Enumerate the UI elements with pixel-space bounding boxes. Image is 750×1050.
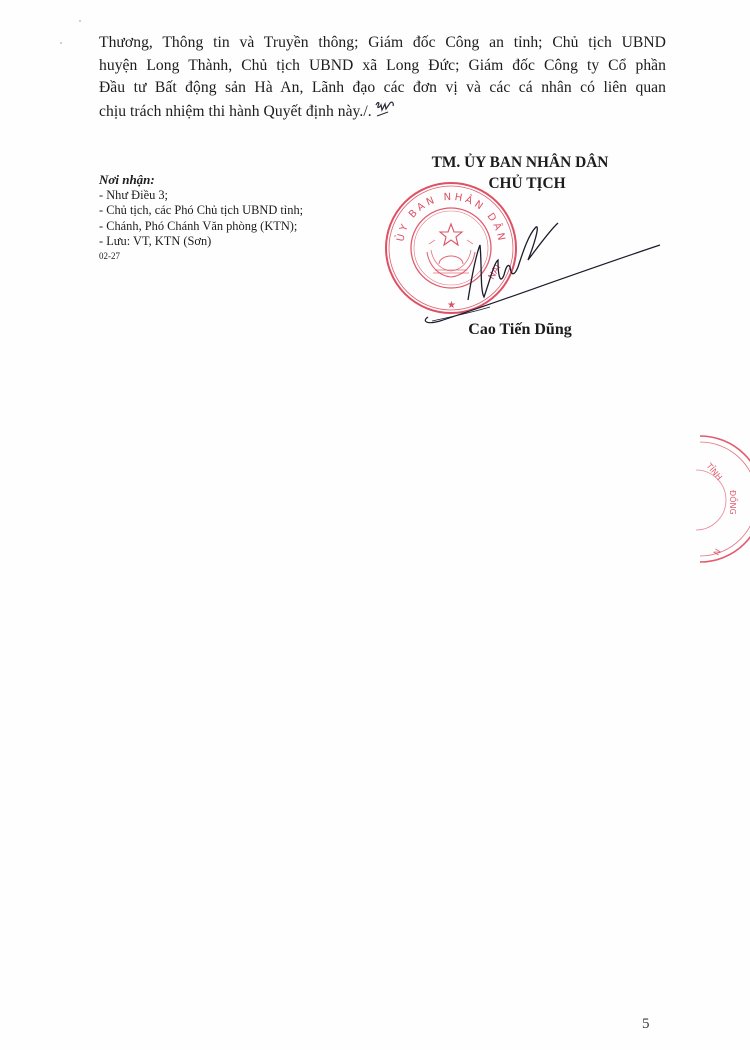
scan-speck: [79, 20, 81, 22]
page-number: 5: [642, 1016, 650, 1033]
recipient-item: - Như Điều 3;: [99, 188, 379, 204]
recipient-item: - Lưu: VT, KTN (Sơn): [99, 234, 379, 250]
recipients-heading: Nơi nhận:: [99, 172, 379, 188]
svg-text:TỈNH: TỈNH: [704, 459, 725, 482]
recipients-block: Nơi nhận: - Như Điều 3; - Chủ tịch, các …: [99, 172, 379, 262]
paragraph-line: huyện Long Thành, Chủ tịch UBND xã Long …: [99, 55, 666, 78]
signature-title-org: TM. ỦY BAN NHÂN DÂN: [395, 152, 645, 173]
paragraph-line: Thương, Thông tin và Truyền thông; Giám …: [99, 32, 666, 55]
paragraph-line: Đầu tư Bất động sản Hà An, Lãnh đạo các …: [99, 77, 666, 100]
initial-mark-icon: [374, 100, 396, 118]
svg-text:ĐỒNG: ĐỒNG: [728, 490, 740, 515]
scan-speck: [60, 42, 62, 44]
handwritten-signature-icon: [410, 205, 670, 335]
faded-header-artifact: [300, 0, 450, 4]
signer-name: Cao Tiến Dũng: [430, 321, 610, 339]
paragraph-line-last: chịu trách nhiệm thi hành Quyết định này…: [99, 100, 666, 124]
recipient-item: - Chủ tịch, các Phó Chủ tịch UBND tỉnh;: [99, 203, 379, 219]
svg-text:N: N: [711, 547, 722, 557]
closing-paragraph: Thương, Thông tin và Truyền thông; Giám …: [99, 32, 666, 123]
paragraph-line-text: chịu trách nhiệm thi hành Quyết định này…: [99, 103, 372, 120]
partial-seal-icon: TỈNH ĐỒNG N: [660, 430, 750, 570]
document-page: Thương, Thông tin và Truyền thông; Giám …: [0, 0, 750, 1050]
recipient-item: - Chánh, Phó Chánh Văn phòng (KTN);: [99, 219, 379, 235]
document-code: 02-27: [99, 250, 379, 262]
